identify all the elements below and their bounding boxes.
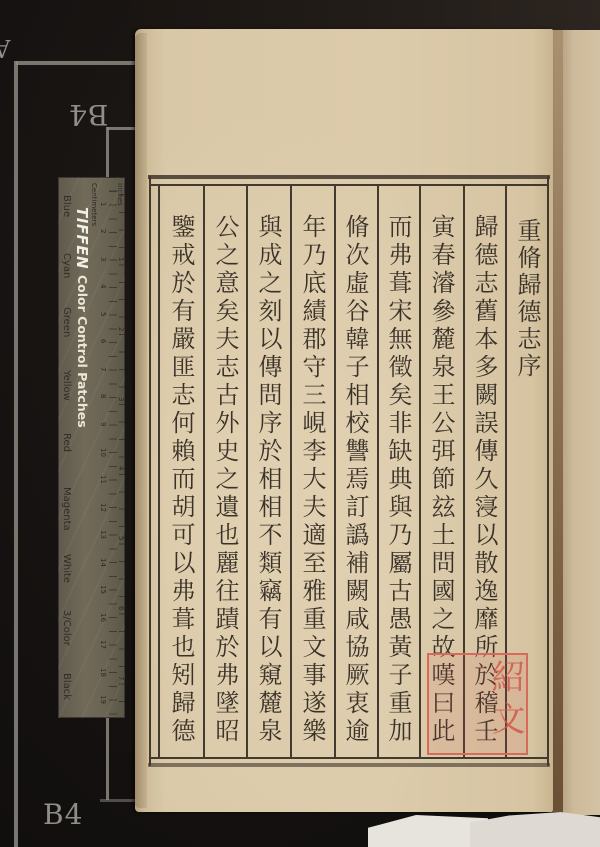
frame-top-inner-border xyxy=(150,184,548,186)
book-spine-shadow xyxy=(553,30,563,812)
cm-number: 13 xyxy=(99,530,106,539)
tiffen-logo: TIFFEN xyxy=(74,207,89,269)
inch-number: 3 xyxy=(117,397,124,401)
cm-number: 8 xyxy=(99,394,106,398)
cm-number: 3 xyxy=(99,257,106,261)
board-label-bottom: B4 xyxy=(43,801,83,829)
inch-number: 4 xyxy=(117,466,124,470)
patch-label-cyan: Cyan xyxy=(61,253,71,278)
top-shadow-area xyxy=(130,0,600,32)
board-outline-horizontal xyxy=(16,61,146,65)
column-rule xyxy=(290,184,292,758)
patch-label-yellow: Yellow xyxy=(61,370,71,401)
text-column-6: 與成之刻以傳問序於相相不類竊有以窺麓泉 xyxy=(256,214,280,746)
board-label-top-inverted: B4 xyxy=(68,100,108,128)
column-rule xyxy=(419,184,421,758)
patch-label-3color: 3/Color xyxy=(61,610,71,646)
preface-title: 重脩歸德志序 xyxy=(515,218,539,380)
inch-number: 2 xyxy=(117,327,124,331)
patch-label-black: Black xyxy=(61,673,71,700)
page-stack-edge xyxy=(135,33,147,808)
text-column-5: 年乃底績郡守三峴李大夫適至雅重文事遂樂 xyxy=(300,214,324,746)
inch-number: 1 xyxy=(117,257,124,261)
cm-number: 18 xyxy=(99,668,106,677)
board-outline-vertical xyxy=(14,61,18,847)
cm-number: 4 xyxy=(99,284,106,288)
column-rule xyxy=(246,184,248,758)
patch-label-magenta: Magenta xyxy=(61,487,71,531)
cm-number: 10 xyxy=(99,448,106,457)
column-rule xyxy=(158,184,160,758)
seal-inscription: 紹文 xyxy=(488,659,522,743)
cm-number: 15 xyxy=(99,585,106,594)
cm-number: 9 xyxy=(99,422,106,426)
board-inner-bracket-bottom xyxy=(100,799,136,802)
inch-number: 6 xyxy=(117,606,124,610)
frame-bottom-inner-border xyxy=(150,757,548,759)
column-rule xyxy=(334,184,336,758)
frame-top-thick-border xyxy=(148,175,550,179)
cm-number: 11 xyxy=(99,475,106,484)
centimeter-ruler-ticks xyxy=(109,177,117,718)
patch-label-white: White xyxy=(61,554,71,583)
strip-title: Color Control Patches xyxy=(76,275,89,428)
cm-number: 1 xyxy=(99,202,106,206)
frame-right-border xyxy=(547,176,549,766)
cm-number: 7 xyxy=(99,367,106,371)
cm-number: 17 xyxy=(99,640,106,649)
frame-left-outer-border xyxy=(149,176,151,766)
frame-bottom-thick-border xyxy=(148,763,550,767)
text-column-8: 鑒戒於有嚴匪志何賴而胡可以弗葺也矧歸德 xyxy=(169,214,193,746)
column-rule xyxy=(377,184,379,758)
cm-number: 16 xyxy=(99,613,106,622)
red-collector-seal: 紹文 xyxy=(427,653,528,755)
inches-scale-label: Inches xyxy=(116,183,123,206)
text-column-4: 脩次虛谷韓子相校讐焉訂譌補闕咸協厥衷逾 xyxy=(343,214,367,746)
column-rule xyxy=(203,184,205,758)
centimeters-scale-label: Centimeters xyxy=(90,183,97,226)
cm-number: 6 xyxy=(99,339,106,343)
board-label-corner-inverted: A xyxy=(0,36,10,60)
text-column-7: 公之意矣夫志古外史之遺也麗往蹟於弗墜昭 xyxy=(213,214,237,746)
patch-label-blue: Blue xyxy=(61,195,71,217)
text-column-3: 而弗葺宋無徵矣非缺典與乃屬古愚黃子重加 xyxy=(386,214,410,746)
color-control-strip-labels: Inches 1 2 3 4 5 6 7 Centimeters 1 2 3 4… xyxy=(58,177,125,718)
adjacent-page xyxy=(563,30,600,815)
cm-number: 19 xyxy=(99,695,106,704)
inch-number: 7 xyxy=(117,676,124,680)
cm-number: 12 xyxy=(99,503,106,512)
inch-number: 5 xyxy=(117,536,124,540)
patch-label-green: Green xyxy=(61,307,71,337)
cm-number: 14 xyxy=(99,558,106,567)
cm-number: 5 xyxy=(99,312,106,316)
patch-label-red: Red xyxy=(61,433,71,452)
cm-number: 2 xyxy=(99,229,106,233)
